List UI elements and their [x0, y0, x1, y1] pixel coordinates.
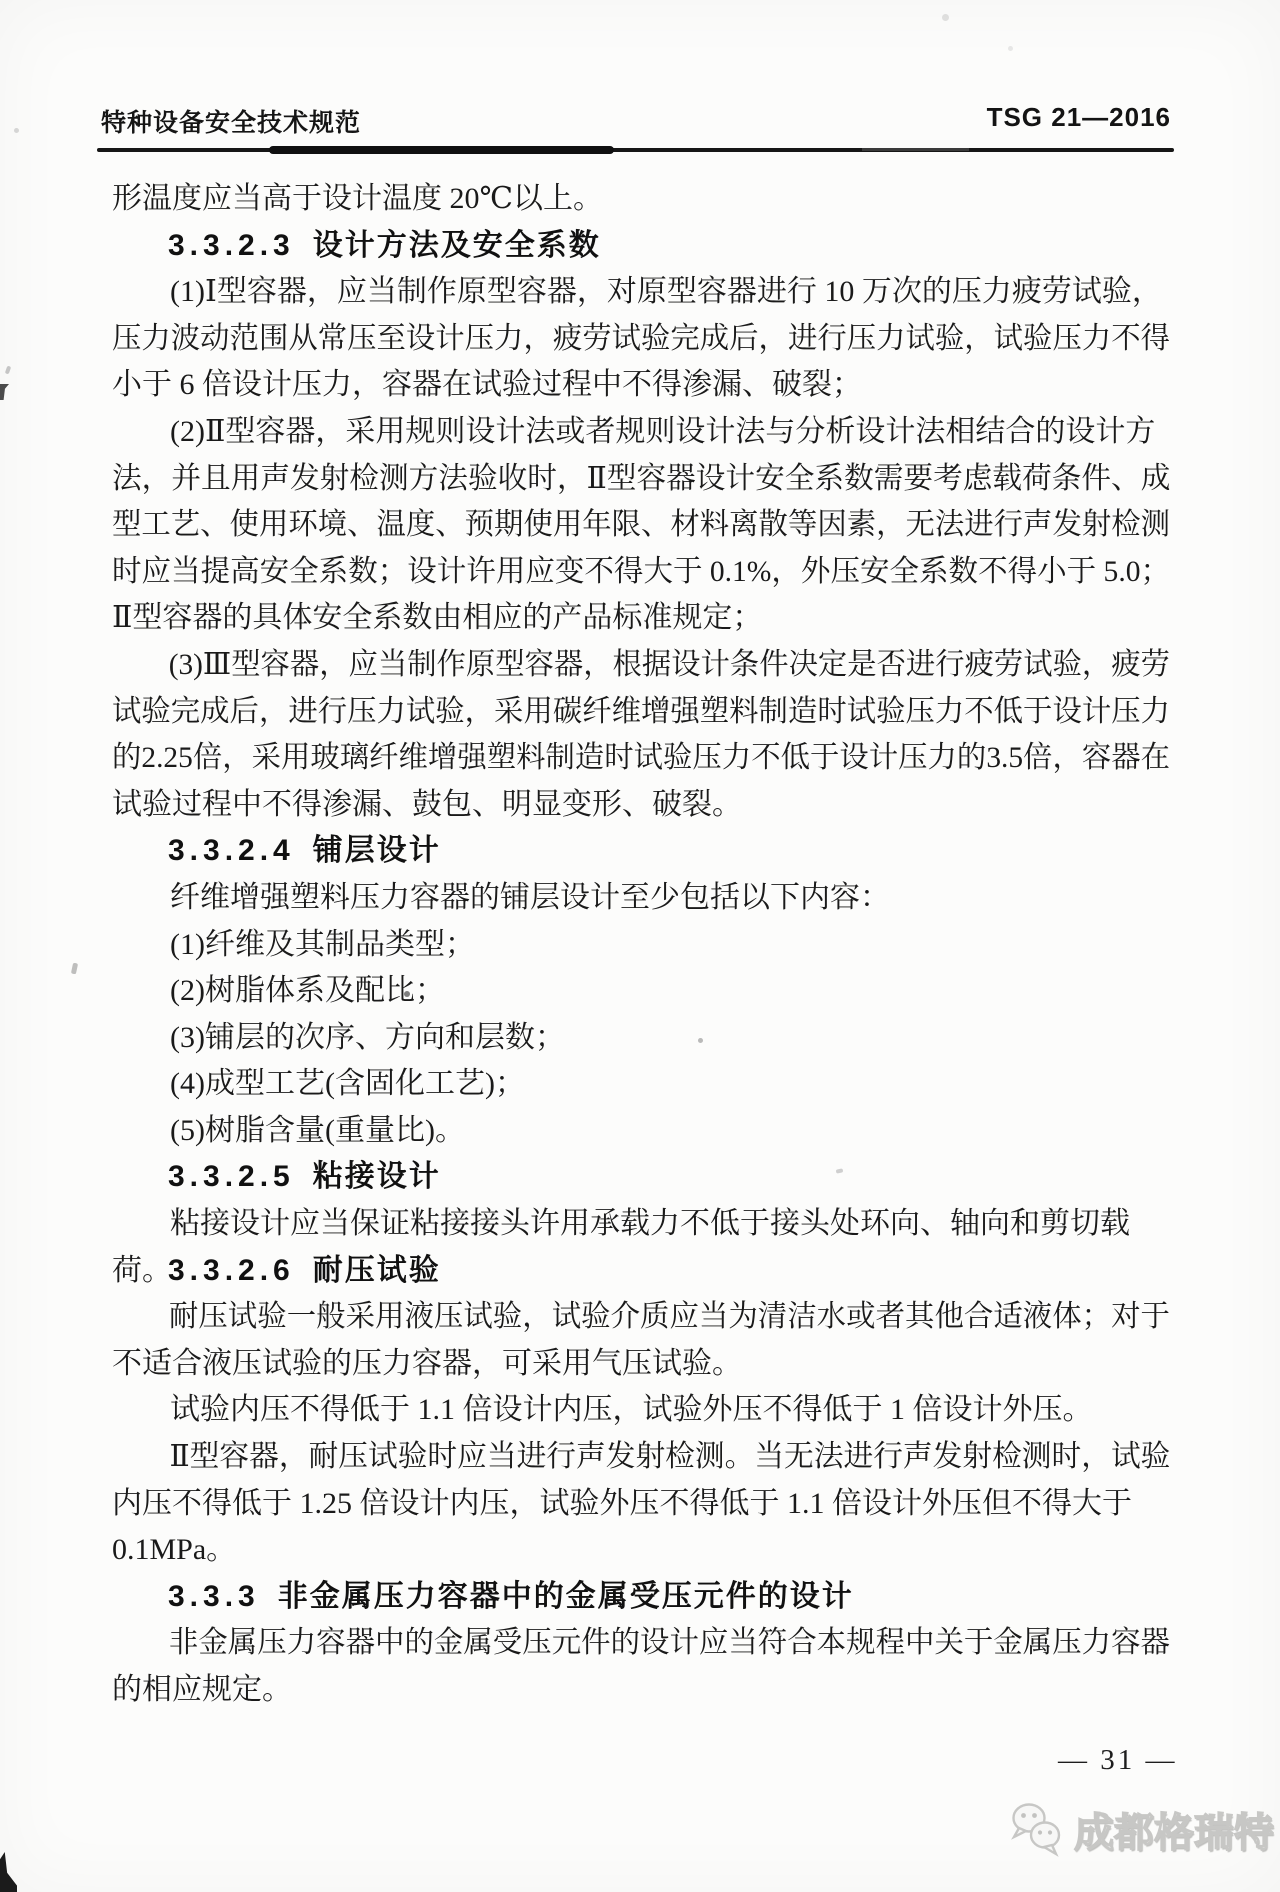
body-line: (1)纤维及其制品类型； — [112, 922, 1170, 969]
scan-speck — [71, 963, 78, 975]
body-line: (4)成型工艺(含固化工艺)； — [112, 1061, 1170, 1108]
body-line: Ⅱ型容器的具体安全系数由相应的产品标准规定； — [112, 595, 1170, 642]
scan-speck — [1008, 46, 1013, 51]
watermark: 成都格瑞特 — [1008, 1798, 1274, 1860]
heading-number: 3.3.3 — [168, 1580, 260, 1613]
scan-speck — [942, 14, 949, 21]
scan-speck — [14, 128, 19, 133]
section-heading: 3.3.2.4铺层设计 — [112, 828, 1170, 875]
scan-speck — [0, 384, 9, 400]
body-line: 形温度应当高于设计温度 20℃以上。 — [112, 176, 1170, 223]
page-number: — 31 — — [1058, 1744, 1178, 1777]
body-line: Ⅱ型容器，耐压试验时应当进行声发射检测。当无法进行声发射检测时，试验 — [112, 1434, 1160, 1481]
body-line: 小于 6 倍设计压力，容器在试验过程中不得渗漏、破裂； — [112, 362, 1170, 409]
section-heading: 3.3.2.5粘接设计 — [112, 1154, 1170, 1201]
header-rule — [97, 148, 1174, 152]
document-page: 特种设备安全技术规范 TSG 21—2016 形温度应当高于设计温度 20℃以上… — [0, 0, 1280, 1892]
body-line: (2)Ⅱ型容器，采用规则设计法或者规则设计法与分析设计法相结合的设计方 — [112, 409, 1170, 456]
wechat-icon — [1008, 1801, 1066, 1857]
body-line: 压力波动范围从常压至设计压力，疲劳试验完成后，进行压力试验，试验压力不得 — [112, 316, 1148, 363]
scan-speck — [0, 1852, 17, 1892]
body-line: (3)铺层的次序、方向和层数； — [112, 1015, 1170, 1062]
body-line: 试验内压不得低于 1.1 倍设计内压，试验外压不得低于 1 倍设计外压。 — [112, 1387, 1170, 1434]
heading-number: 3.3.2.6 — [168, 1254, 295, 1287]
body-line: 非金属压力容器中的金属受压元件的设计应当符合本规程中关于金属压力容器 — [112, 1620, 1150, 1667]
document-code: TSG 21—2016 — [987, 102, 1171, 133]
body-line: (1)Ⅰ型容器，应当制作原型容器，对原型容器进行 10 万次的压力疲劳试验， — [112, 269, 1170, 316]
body-line: 试验完成后，进行压力试验，采用碳纤维增强塑料制造时试验压力不低于设计压力 — [112, 689, 1148, 736]
body-line: 0.1MPa。 — [112, 1527, 1170, 1574]
body-line: (5)树脂含量(重量比)。 — [112, 1108, 1170, 1155]
body-line: 内压不得低于 1.25 倍设计内压，试验外压不得低于 1.1 倍设计外压但不得大… — [112, 1481, 1170, 1528]
body-line: 纤维增强塑料压力容器的铺层设计至少包括以下内容： — [112, 875, 1170, 922]
body-line: (3)Ⅲ型容器，应当制作原型容器，根据设计条件决定是否进行疲劳试验，疲劳 — [112, 642, 1147, 689]
body-line: 粘接设计应当保证粘接接头许用承载力不低于接头处环向、轴向和剪切载荷。 — [112, 1201, 1170, 1248]
heading-number: 3.3.2.3 — [168, 229, 295, 262]
watermark-text: 成都格瑞特 — [1074, 1801, 1274, 1858]
heading-title: 设计方法及安全系数 — [313, 229, 601, 262]
header-rule-blob — [862, 148, 970, 151]
body-line: 耐压试验一般采用液压试验，试验介质应当为清洁水或者其他合适液体；对于 — [112, 1294, 1150, 1341]
section-heading: 3.3.2.3设计方法及安全系数 — [112, 223, 1170, 270]
heading-title: 耐压试验 — [313, 1254, 441, 1287]
body-line: 的相应规定。 — [112, 1667, 1170, 1714]
body-line: (2)树脂体系及配比； — [112, 968, 1170, 1015]
document-title: 特种设备安全技术规范 — [101, 103, 361, 139]
heading-title: 铺层设计 — [313, 834, 441, 867]
section-heading: 3.3.3非金属压力容器中的金属受压元件的设计 — [112, 1574, 1170, 1621]
body-line: 型工艺、使用环境、温度、预期使用年限、材料离散等因素，无法进行声发射检测 — [112, 502, 1148, 549]
heading-title: 非金属压力容器中的金属受压元件的设计 — [278, 1580, 854, 1613]
body-line: 时应当提高安全系数；设计许用应变不得大于 0.1%，外压安全系数不得小于 5.0… — [112, 549, 1153, 596]
heading-number: 3.3.2.5 — [168, 1160, 295, 1193]
body-line: 不适合液压试验的压力容器，可采用气压试验。 — [112, 1341, 1170, 1388]
section-heading: 3.3.2.6耐压试验 — [112, 1248, 1170, 1295]
header-rule-blob — [269, 146, 614, 154]
body-line: 法，并且用声发射检测方法验收时，Ⅱ型容器设计安全系数需要考虑载荷条件、成 — [112, 456, 1158, 503]
scan-speck — [5, 366, 11, 375]
document-body: 形温度应当高于设计温度 20℃以上。3.3.2.3设计方法及安全系数(1)Ⅰ型容… — [112, 176, 1170, 1714]
body-line: 的2.25倍，采用玻璃纤维增强塑料制造时试验压力不低于设计压力的3.5倍，容器在 — [112, 735, 1148, 782]
heading-title: 粘接设计 — [313, 1160, 441, 1193]
heading-number: 3.3.2.4 — [168, 834, 295, 867]
body-line: 试验过程中不得渗漏、鼓包、明显变形、破裂。 — [112, 782, 1170, 829]
